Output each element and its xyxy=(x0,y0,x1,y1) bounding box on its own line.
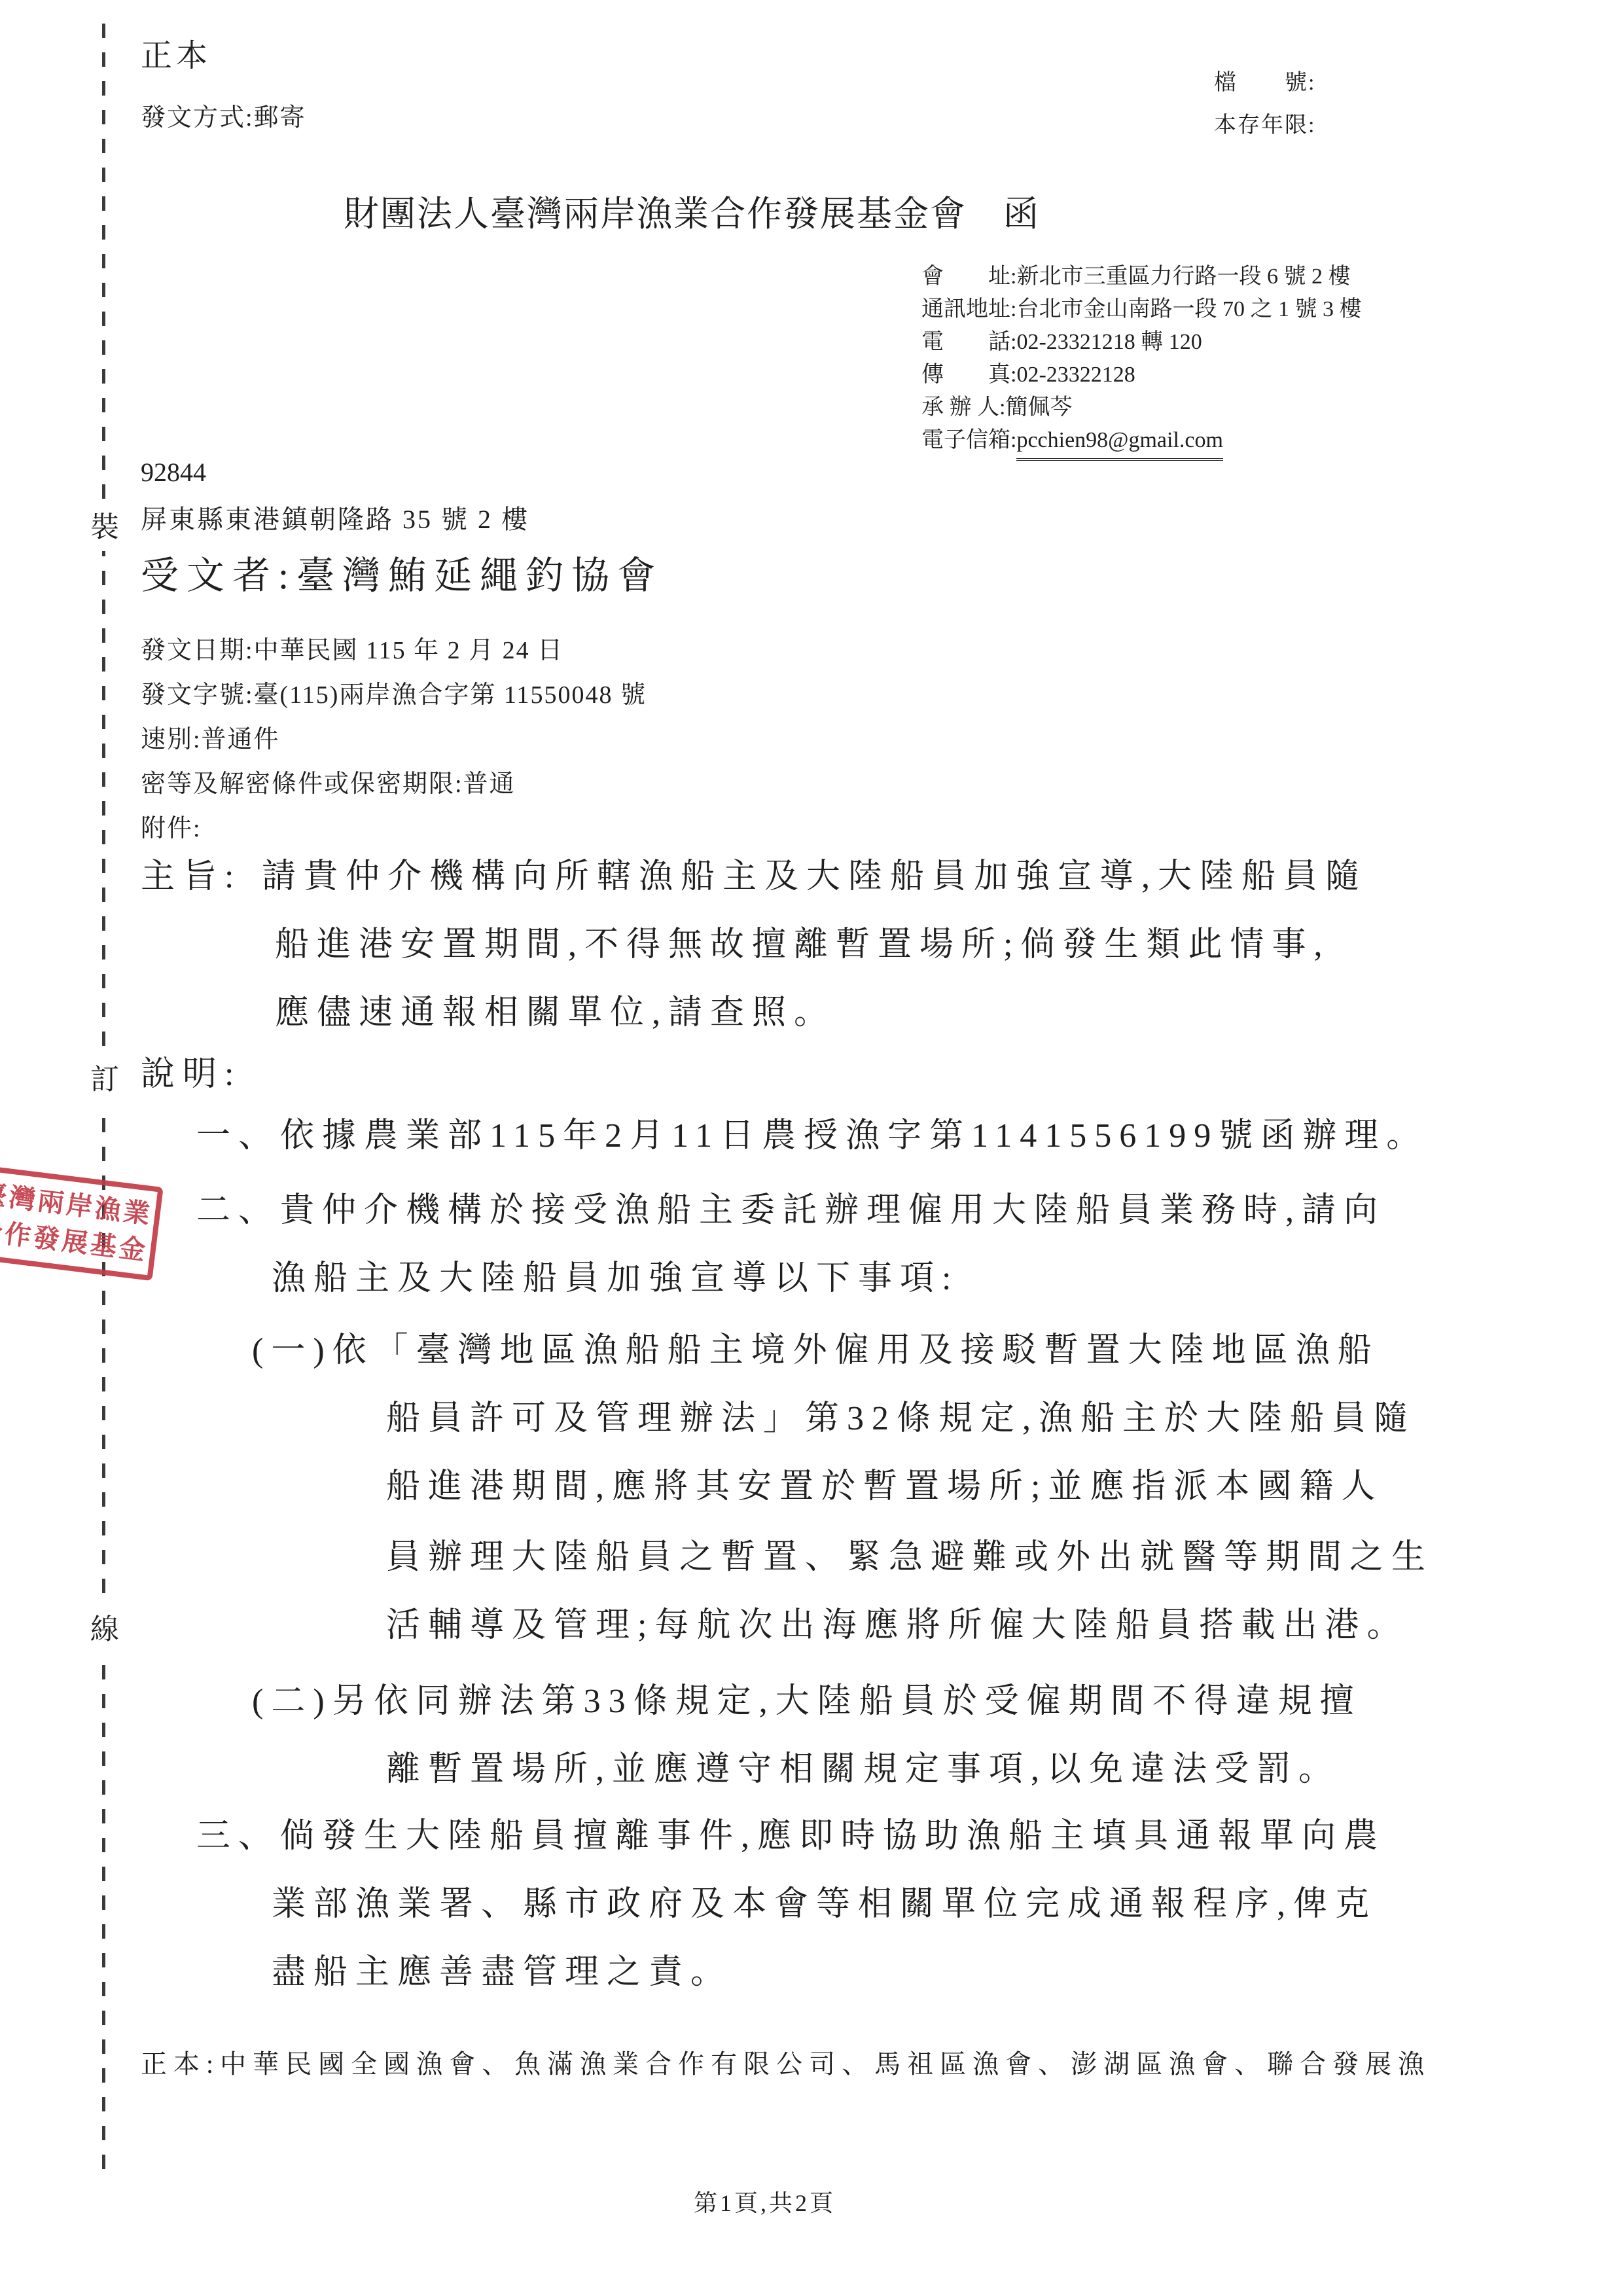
page-indicator: 第1頁,共2頁 xyxy=(694,2185,836,2218)
sender-phone-label: 電 話: xyxy=(921,326,1016,359)
explanation-item-2-1-line: 活輔導及管理;每航次出海應將所僱大陸船員搭載出港。 xyxy=(386,1597,1408,1646)
classification-line: 密等及解密條件或保密期限:普通 xyxy=(141,763,516,799)
official-letter-page: 裝 訂 線 臺灣兩岸漁業 合作發展基金 正本 發文方式:郵寄 檔 號: 本存年限… xyxy=(0,0,1623,2296)
foundation-seal-stamp: 臺灣兩岸漁業 合作發展基金 xyxy=(0,1164,164,1281)
explanation-item-2-1-line: (一)依「臺灣地區漁船船主境外僱用及接駁暫置大陸地區漁船 xyxy=(252,1322,1380,1371)
explanation-item-1: 一、依據農業部115年2月11日農授漁字第1141556199號函辦理。 xyxy=(196,1107,1428,1157)
sender-info-row: 承 辦 人: 簡佩芩 xyxy=(921,391,1361,424)
explanation-item-3-line: 盡船主應善盡管理之責。 xyxy=(272,1944,732,1993)
recipient-address: 屏東縣東港鎮朝隆路 35 號 2 樓 xyxy=(141,499,529,536)
reference-number-line: 發文字號:臺(115)兩岸漁合字第 11550048 號 xyxy=(141,674,647,710)
explanation-item-2-line: 二、貴仲介機構於接受漁船主委託辦理僱用大陸船員業務時,請向 xyxy=(196,1182,1385,1231)
binding-mark-zhuang: 裝 xyxy=(86,504,123,551)
sender-fax-label: 傳 真: xyxy=(921,359,1016,391)
sender-mailing-address-label: 通訊地址: xyxy=(921,293,1016,326)
binding-mark-ding: 訂 xyxy=(86,1056,123,1103)
sender-address-label: 會 址: xyxy=(921,260,1016,293)
attachment-line: 附件: xyxy=(141,808,202,844)
sender-info-row: 傳 真: 02-23322128 xyxy=(921,359,1361,391)
sender-info-block: 會 址: 新北市三重區力行路一段 6 號 2 樓 通訊地址: 台北市金山南路一段… xyxy=(921,260,1361,461)
subject-line: 應儘速通報相關單位,請查照。 xyxy=(275,984,836,1033)
subject-label: 主旨: xyxy=(141,848,241,897)
copies-distribution-line: 正本:中華民國全國漁會、魚滿漁業合作有限公司、馬祖區漁會、澎湖區漁會、聯合發展漁 xyxy=(141,2043,1431,2081)
explanation-item-3-line: 業部漁業署、縣市政府及本會等相關單位完成通報程序,俾克 xyxy=(272,1876,1377,1925)
sender-address-value: 新北市三重區力行路一段 6 號 2 樓 xyxy=(1016,260,1350,293)
sender-info-row: 電 話: 02-23321218 轉 120 xyxy=(921,326,1361,359)
issue-date-line: 發文日期:中華民國 115 年 2 月 24 日 xyxy=(141,630,563,666)
sender-info-row: 電子信箱: pcchien98@gmail.com xyxy=(921,424,1361,461)
sender-info-row: 會 址: 新北市三重區力行路一段 6 號 2 樓 xyxy=(921,260,1361,293)
subject-line: 船進港安置期間,不得無故擅離暫置場所;倘發生類此情事, xyxy=(275,916,1330,965)
recipient-zip-code: 92844 xyxy=(141,457,206,488)
file-number-label: 檔 號: xyxy=(1214,64,1315,96)
explanation-item-2-line: 漁船主及大陸船員加強宣導以下事項: xyxy=(272,1250,959,1299)
explanation-item-2-1-line: 員辦理大陸船員之暫置、緊急避難或外出就醫等期間之生 xyxy=(386,1529,1433,1578)
copy-type-label: 正本 xyxy=(141,30,211,75)
sender-email-label: 電子信箱: xyxy=(921,424,1016,461)
recipient-line: 受文者:臺灣鮪延繩釣協會 xyxy=(141,545,663,600)
explanation-item-3-line: 三、倘發生大陸船員擅離事件,應即時協助漁船主填具通報單向農 xyxy=(196,1808,1385,1857)
sender-email-value: pcchien98@gmail.com xyxy=(1016,424,1223,461)
explanation-item-2-1-line: 船進港期間,應將其安置於暫置場所;並應指派本國籍人 xyxy=(386,1458,1383,1507)
explanation-item-2-2-line: (二)另依同辦法第33條規定,大陸船員於受僱期間不得違規擅 xyxy=(252,1673,1362,1722)
explanation-label: 說明: xyxy=(141,1046,241,1095)
document-title: 財團法人臺灣兩岸漁業合作發展基金會 函 xyxy=(344,186,1040,236)
sender-info-row: 通訊地址: 台北市金山南路一段 70 之 1 號 3 樓 xyxy=(921,293,1361,326)
delivery-method: 發文方式:郵寄 xyxy=(141,97,306,133)
explanation-item-2-1-line: 船員許可及管理辦法」第32條規定,漁船主於大陸船員隨 xyxy=(386,1390,1416,1439)
sender-contact-person-label: 承 辦 人: xyxy=(921,391,1005,424)
sender-fax-value: 02-23322128 xyxy=(1016,359,1135,391)
explanation-item-2-2-line: 離暫置場所,並應遵守相關規定事項,以免違法受罰。 xyxy=(386,1741,1340,1790)
sender-mailing-address-value: 台北市金山南路一段 70 之 1 號 3 樓 xyxy=(1016,293,1361,326)
sender-contact-person-value: 簡佩芩 xyxy=(1005,391,1072,424)
sender-phone-value: 02-23321218 轉 120 xyxy=(1016,326,1202,359)
subject-line: 請貴仲介機構向所轄漁船主及大陸船員加強宣導,大陸船員隨 xyxy=(262,848,1367,897)
speed-class-line: 速別:普通件 xyxy=(141,719,280,755)
retention-period-label: 本存年限: xyxy=(1214,107,1315,139)
binding-mark-xian: 線 xyxy=(86,1606,123,1653)
